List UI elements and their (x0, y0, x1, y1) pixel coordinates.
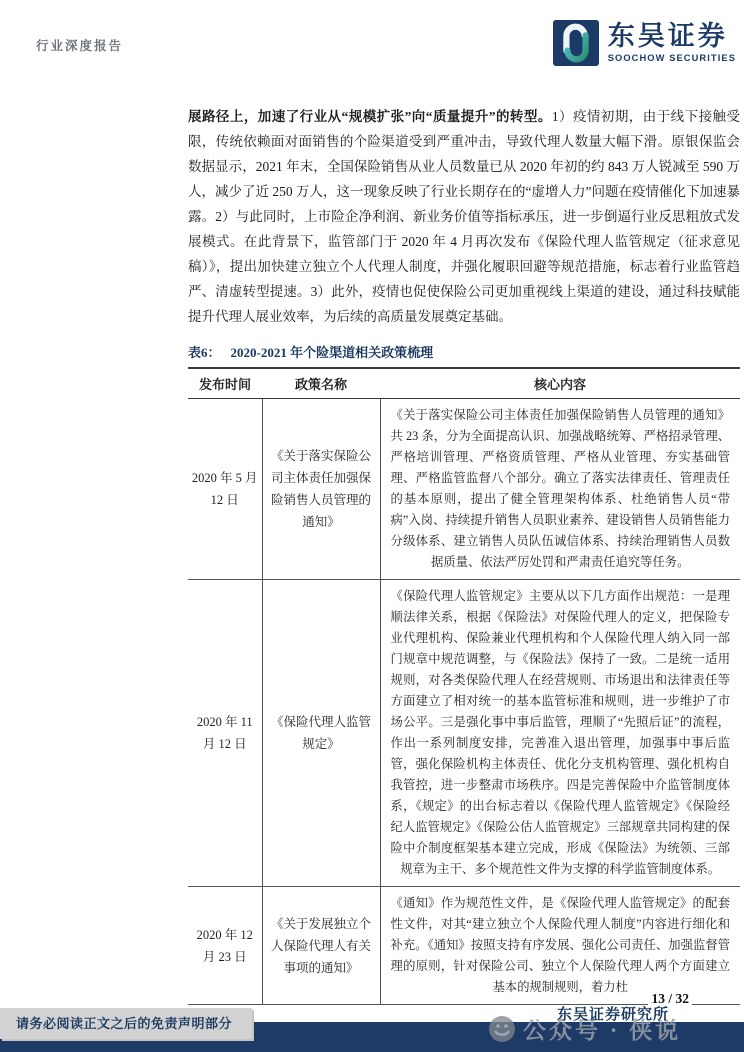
page-content: 展路径上，加速了行业从“规模扩张”向“质量提升”的转型。1）疫情初期，由于线下接… (188, 90, 740, 1005)
lead-sentence: 展路径上，加速了行业从“规模扩张”向“质量提升”的转型。 (188, 109, 552, 124)
research-institute-label: 东吴证券研究所 (557, 1003, 669, 1024)
cell-core-content: 《通知》作为规范性文件，是《保险代理人监管规定》的配套性文件，对其“建立独立个人… (380, 887, 740, 1005)
cell-policy-name: 《关于发展独立个人保险代理人有关事项的通知》 (262, 887, 380, 1005)
cell-policy-name: 《保险代理人监管规定》 (262, 580, 380, 887)
report-type-label: 行业深度报告 (36, 36, 123, 54)
body-paragraph: 展路径上，加速了行业从“规模扩张”向“质量提升”的转型。1）疫情初期，由于线下接… (188, 104, 740, 329)
watermark-icon (488, 1015, 516, 1043)
cell-date: 2020 年 5 月 12 日 (188, 399, 262, 580)
table-row: 2020 年 5 月 12 日 《关于落实保险公司主体责任加强保险销售人员管理的… (188, 399, 740, 580)
cell-core-content: 《保险代理人监管规定》主要从以下几方面作出规范：一是理顺法律关系，根据《保险法》… (380, 580, 740, 887)
column-header-policy: 政策名称 (262, 368, 380, 399)
table-header-row: 发布时间 政策名称 核心内容 (188, 368, 740, 399)
cell-date: 2020 年 12 月 23 日 (188, 887, 262, 1005)
policy-table-body: 2020 年 5 月 12 日 《关于落实保险公司主体责任加强保险销售人员管理的… (188, 399, 740, 1005)
brand-name-en: SOOCHOW SECURITIES (608, 54, 736, 64)
table-caption-label: 表6： (188, 345, 221, 360)
cell-policy-name: 《关于落实保险公司主体责任加强保险销售人员管理的通知》 (262, 399, 380, 580)
policy-table: 发布时间 政策名称 核心内容 2020 年 5 月 12 日 《关于落实保险公司… (188, 367, 740, 1005)
table-caption: 表6：2020-2021 年个险渠道相关政策梳理 (188, 342, 740, 361)
cell-date: 2020 年 11 月 12 日 (188, 580, 262, 887)
column-header-date: 发布时间 (188, 368, 262, 399)
brand-name: 东吴证券 SOOCHOW SECURITIES (608, 22, 736, 63)
paragraph-text: 1）疫情初期，由于线下接触受限，传统依赖面对面销售的个险渠道受到严重冲击，导致代… (188, 109, 740, 324)
cell-core-content: 《关于落实保险公司主体责任加强保险销售人员管理的通知》共 23 条，分为全面提高… (380, 399, 740, 580)
brand-name-cn: 东吴证券 (608, 22, 736, 50)
report-page: 行业深度报告 东吴证券 SOOCHOW SECURITIES 展路径上，加速了行… (0, 0, 744, 1052)
disclaimer-banner: 请务必阅读正文之后的免责声明部分 (0, 1008, 252, 1039)
brand-logo: 东吴证券 SOOCHOW SECURITIES (553, 20, 736, 66)
table-row: 2020 年 11 月 12 日 《保险代理人监管规定》 《保险代理人监管规定》… (188, 580, 740, 887)
table-caption-title: 2020-2021 年个险渠道相关政策梳理 (231, 345, 434, 360)
soochow-logo-icon (553, 20, 599, 66)
column-header-content: 核心内容 (380, 368, 740, 399)
table-row: 2020 年 12 月 23 日 《关于发展独立个人保险代理人有关事项的通知》 … (188, 887, 740, 1005)
